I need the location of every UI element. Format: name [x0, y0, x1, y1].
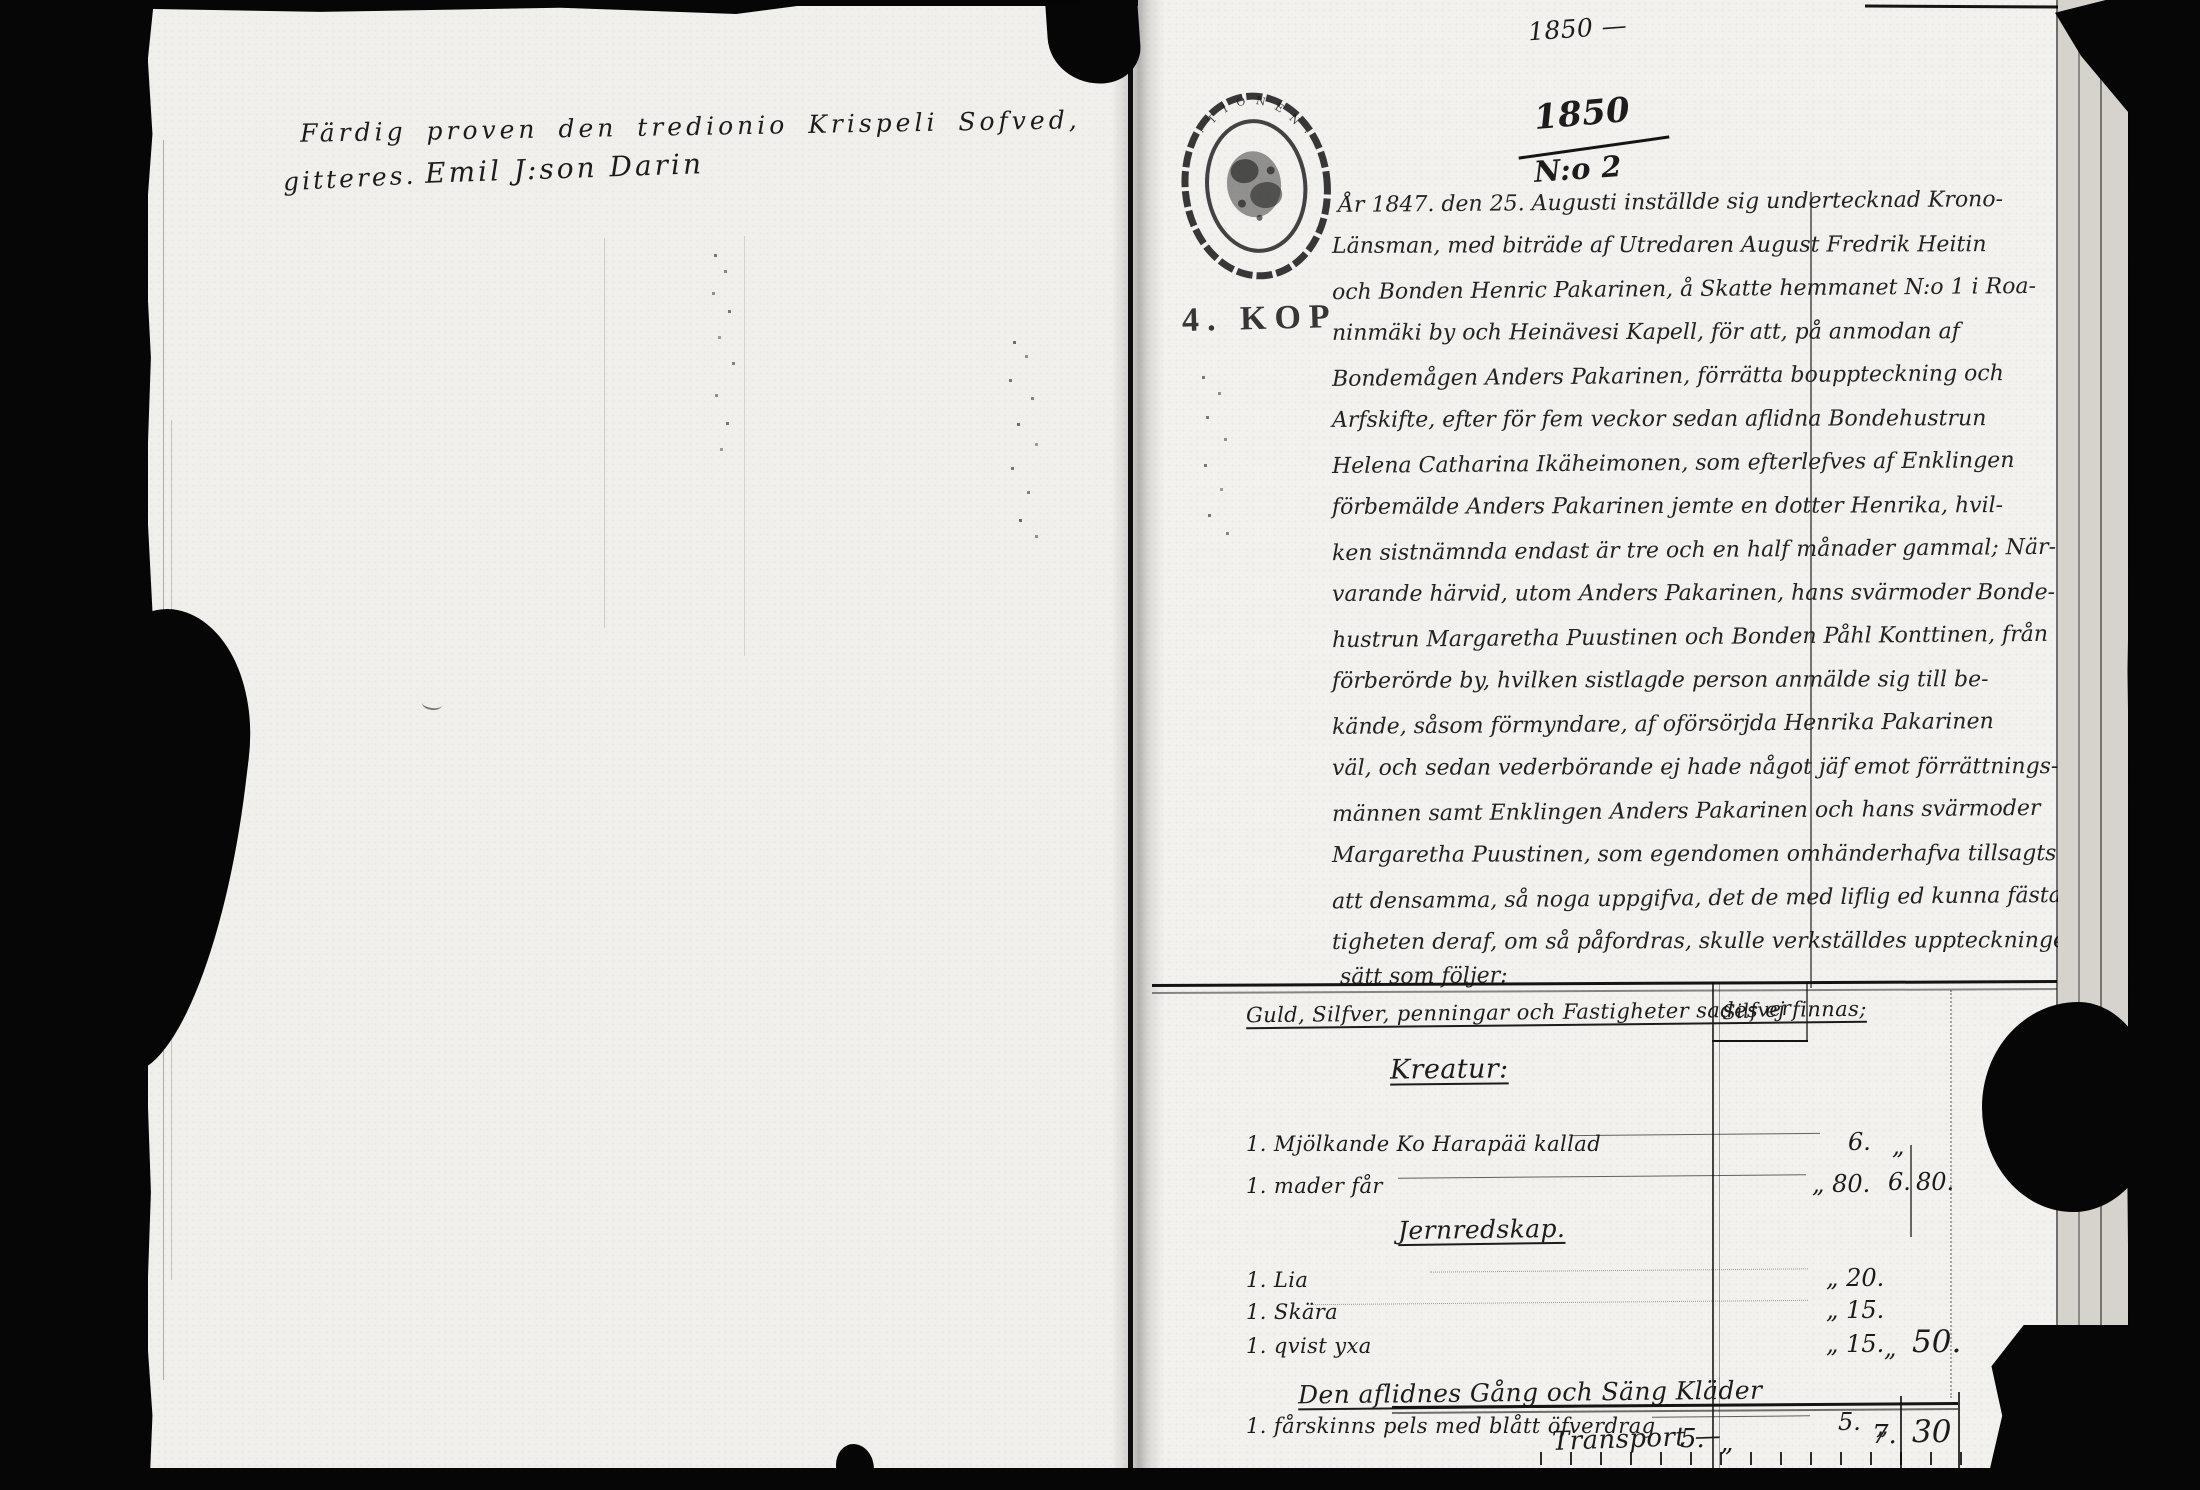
row-value: „ 80. [1812, 1170, 1870, 1198]
row-label: 1. mader får [1246, 1174, 1383, 1198]
page-edge-line [2078, 40, 2080, 1420]
thumb-shadow-right [1982, 1002, 2157, 1212]
row-value: „ 15. [1826, 1330, 1884, 1358]
row-label: 1. Mjölkande Ko Harapää kallad [1246, 1132, 1601, 1156]
row-label: 1. Lia [1246, 1268, 1308, 1292]
row-value: 6. [1888, 1168, 1911, 1196]
scratch-line [744, 236, 745, 656]
body-line: Arfskifte, efter för fem veckor sedan af… [1332, 406, 1986, 433]
bottom-tick-marks [1540, 1452, 1970, 1465]
stamp-value-text: 4. KOP [1182, 298, 1339, 340]
oval-stamp-icon: · T I O N E N · [1170, 79, 1342, 290]
eagle-emblem-icon [1224, 149, 1285, 224]
money-column-line-2 [1719, 982, 1720, 1488]
body-line: ninmäki by och Heinävesi Kapell, för att… [1332, 319, 1960, 346]
silfver-header-underline [1712, 1040, 1808, 1042]
body-line: förbemälde Anders Pakarinen jemte en dot… [1332, 493, 2003, 520]
body-line: varande härvid, utom Anders Pakarinen, h… [1332, 580, 2055, 607]
table-heading-jernredskap: Jernredskap. [1398, 1214, 1566, 1245]
scanned-archival-document: Färdig proven den tredionio Krispeli Sof… [0, 0, 2200, 1490]
row-value: 6. [1848, 1128, 1871, 1156]
bottom-right-black-wedge [1985, 1325, 2200, 1490]
transport-value: 30 [1912, 1414, 1951, 1450]
page-edge-line [2056, 0, 2058, 1470]
body-line: förberörde by, hvilken sistlagde person … [1332, 667, 1989, 694]
left-page [148, 6, 1138, 1468]
row-value: „ [1884, 1334, 1896, 1362]
row-value: „ [1892, 1132, 1904, 1160]
money-column-line [1712, 982, 1714, 1488]
transport-value: 5. [1680, 1424, 1705, 1454]
row-value: 50. [1912, 1324, 1961, 1360]
body-line: väl, och sedan vederbörande ej hade någo… [1332, 754, 2058, 781]
stamp-ghost-speckles [1005, 335, 1008, 338]
table-heading-kreatur: Kreatur: [1390, 1053, 1509, 1085]
body-line: Margaretha Puustinen, som egendomen omhä… [1332, 841, 2057, 868]
gutter-shadow [1112, 0, 1164, 1472]
page-edge-strip [2058, 0, 2128, 1472]
scratch-line [604, 238, 605, 628]
binding-gutter-line [1128, 36, 1133, 1470]
bottom-black-strip [0, 1468, 2200, 1490]
transport-value: 7. [1872, 1420, 1897, 1450]
row-label: 1. qvist yxa [1246, 1334, 1372, 1358]
body-line: tigheten deraf, om så påfordras, skulle … [1332, 928, 2107, 955]
row-value: 80. [1916, 1168, 1954, 1196]
case-year: 1850 [1532, 90, 1631, 138]
ink-speckles [710, 244, 713, 247]
row-value: „ 20. [1826, 1264, 1884, 1292]
row-value: „ 15. [1826, 1296, 1884, 1324]
case-number: N:o 2 [1533, 149, 1623, 189]
stamp-ghost-speckles [1196, 368, 1199, 371]
margin-rule [1810, 192, 1812, 988]
row-value: 5. [1838, 1408, 1861, 1436]
body-line: Länsman, med biträde af Utredaren August… [1332, 232, 1987, 259]
right-black-border [2126, 0, 2200, 1490]
